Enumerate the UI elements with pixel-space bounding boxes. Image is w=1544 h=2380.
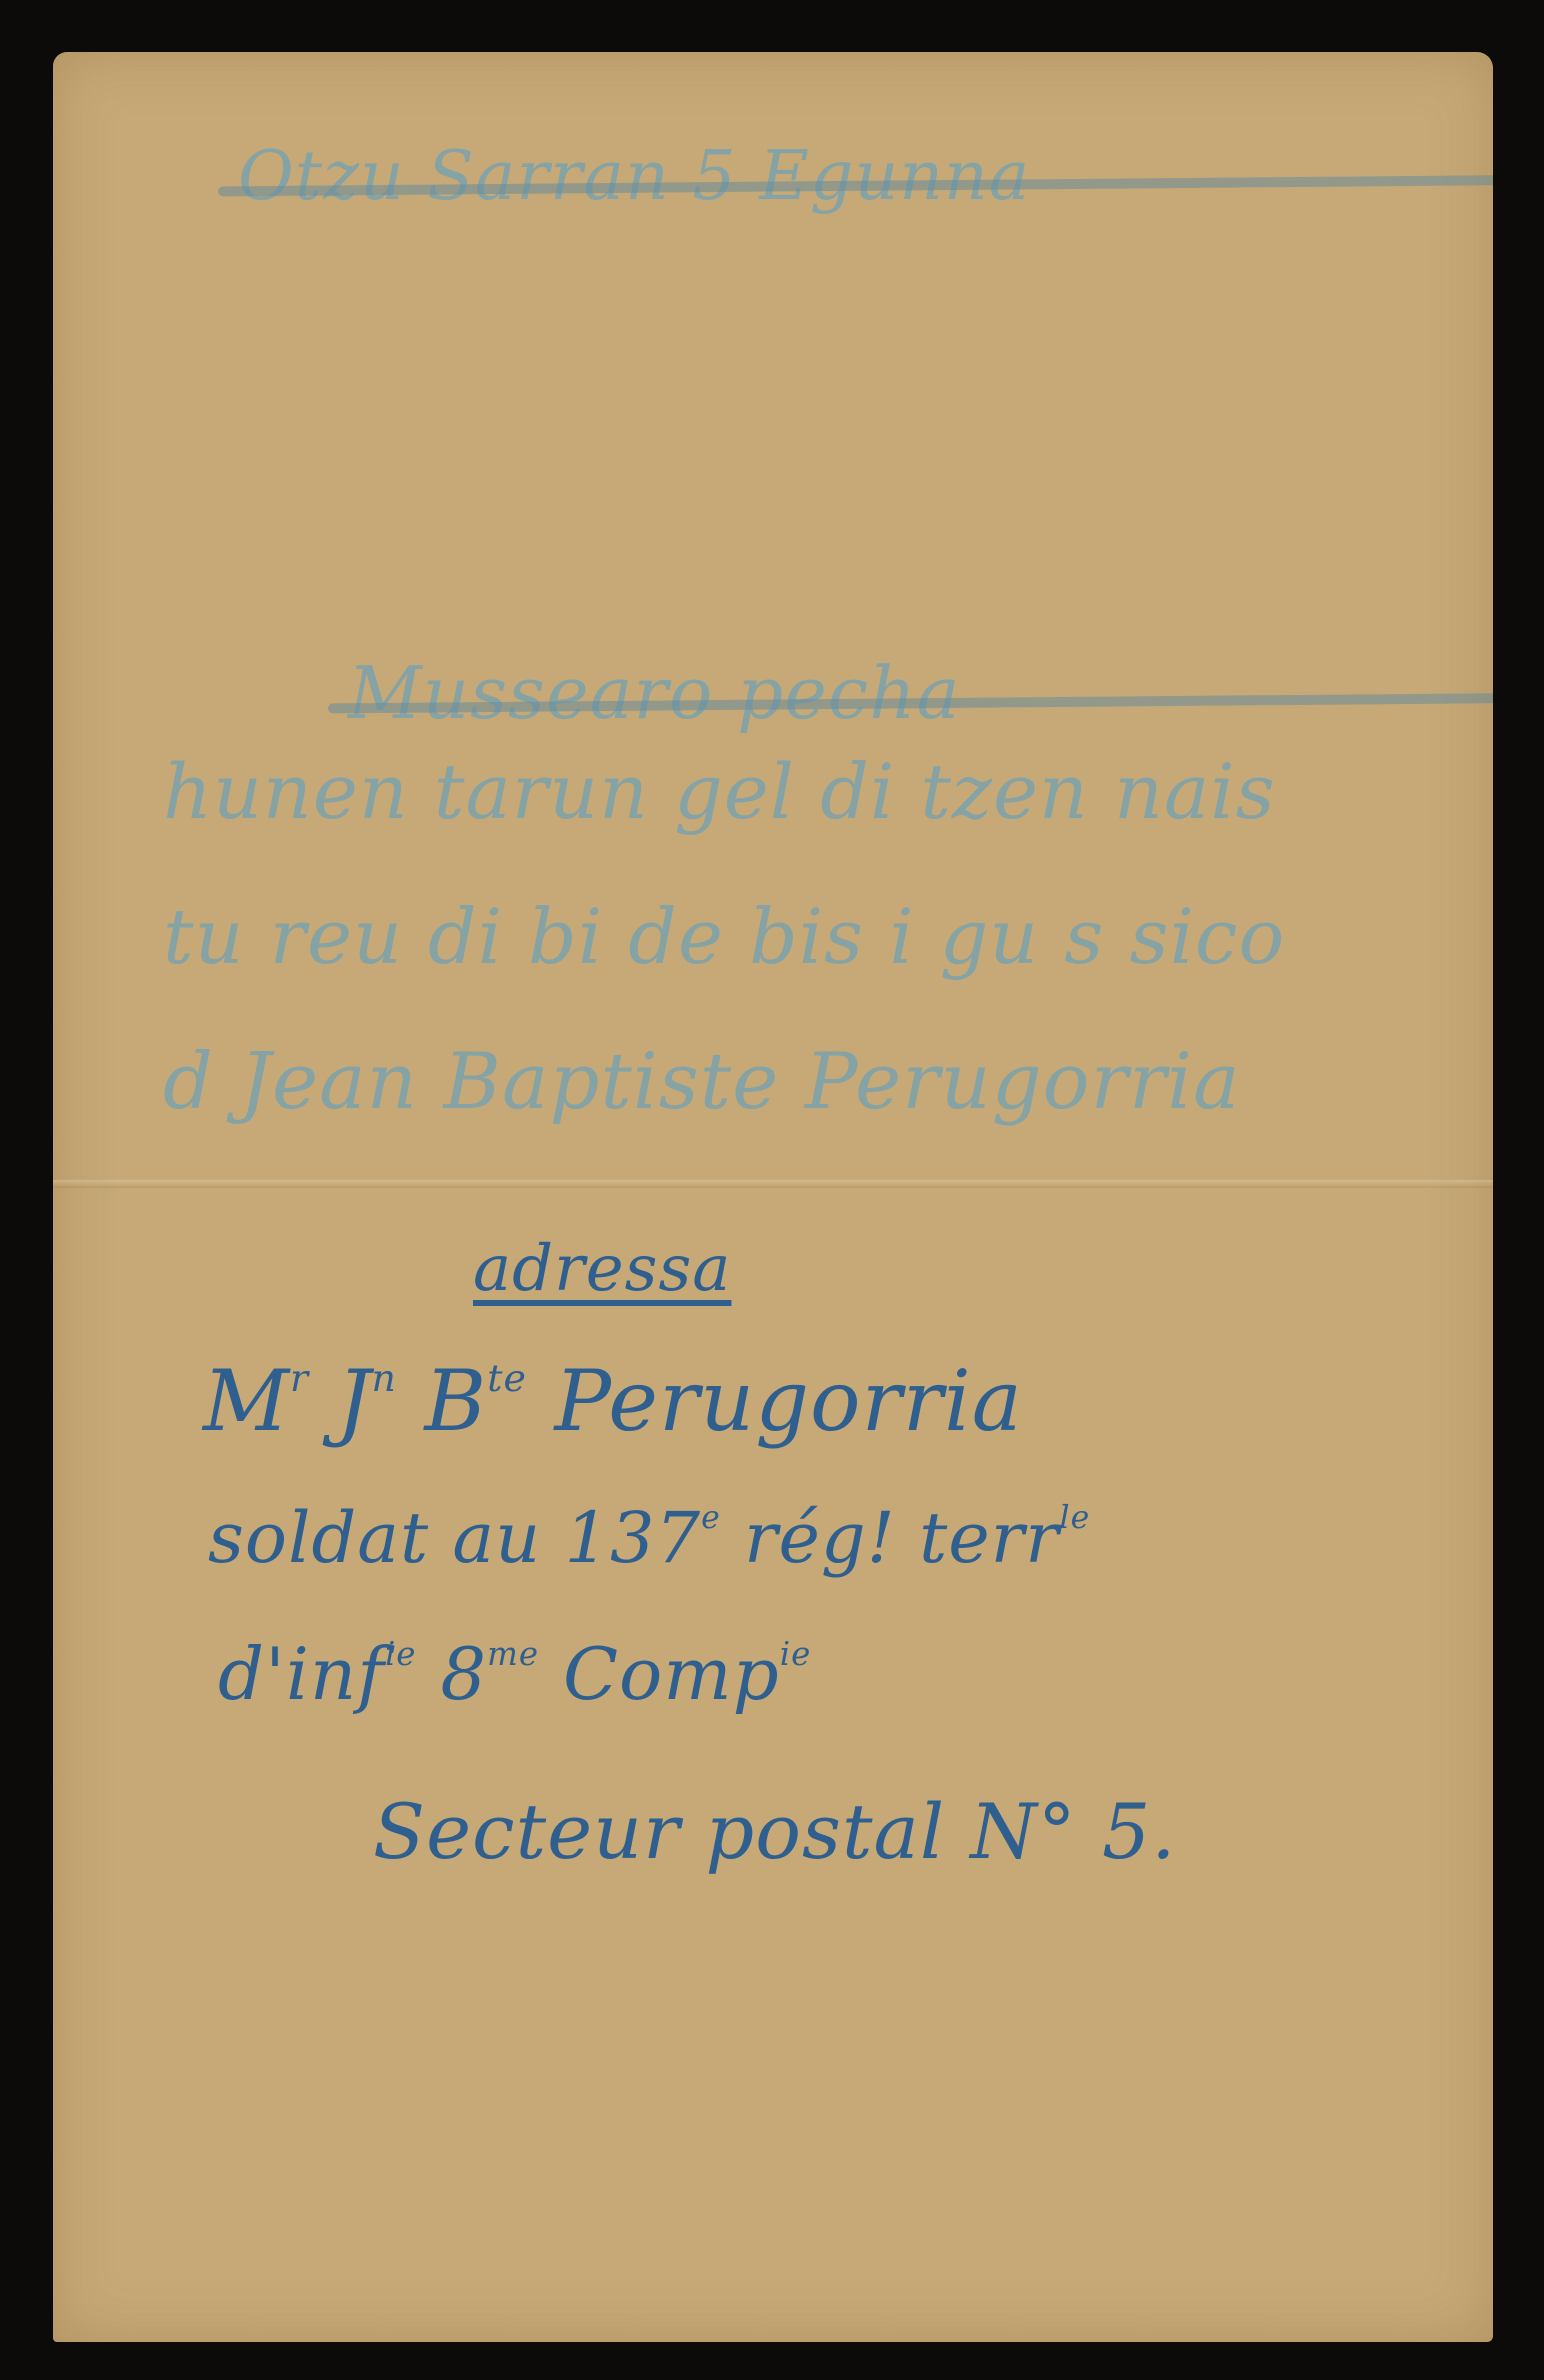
addr-sup: ie — [385, 1635, 417, 1673]
addr-sup: me — [487, 1635, 539, 1673]
addr-sup: e — [701, 1500, 721, 1536]
address-line-4: Secteur postal N° 5. — [373, 1787, 1176, 1876]
addr-regiment: rég! terr — [744, 1497, 1060, 1579]
addr-soldat: soldat au 137 — [208, 1497, 701, 1579]
address-line-3: d'infie 8me Compie — [218, 1632, 811, 1716]
squared-grid — [53, 52, 1493, 2342]
pencil-line-2: tu reu di bi de bis i gu s sico — [163, 892, 1285, 981]
addr-infantry: d'inf — [218, 1632, 385, 1716]
addr-sup: r — [290, 1356, 309, 1400]
struck-heading: Otzu Sarran 5 Egunna — [238, 137, 1493, 216]
addr-sup: ie — [780, 1635, 812, 1673]
fold-crease — [53, 1180, 1493, 1188]
addr-sup: n — [371, 1356, 396, 1400]
pencil-line-1: hunen tarun gel di tzen nais — [163, 747, 1276, 836]
addr-b: B — [425, 1352, 488, 1450]
address-line-2: soldat au 137e rég! terrle — [208, 1497, 1090, 1579]
addr-company-number: 8 — [440, 1632, 487, 1716]
address-label: adressa — [473, 1232, 731, 1306]
addr-m: M — [203, 1352, 290, 1450]
struck-name: Mussearo pecha — [348, 651, 1493, 735]
addr-surname: Perugorria — [555, 1352, 1023, 1450]
address-line-1: Mr Jn Bte Perugorria — [203, 1352, 1023, 1450]
addr-sup: le — [1060, 1500, 1091, 1536]
addr-sup: te — [487, 1356, 527, 1400]
pencil-line-3: d Jean Baptiste Perugorria — [163, 1037, 1241, 1127]
addr-j: J — [337, 1352, 372, 1450]
letter-sheet: Otzu Sarran 5 Egunna Mussearo pecha hune… — [53, 52, 1493, 2342]
addr-company: Comp — [563, 1632, 780, 1716]
